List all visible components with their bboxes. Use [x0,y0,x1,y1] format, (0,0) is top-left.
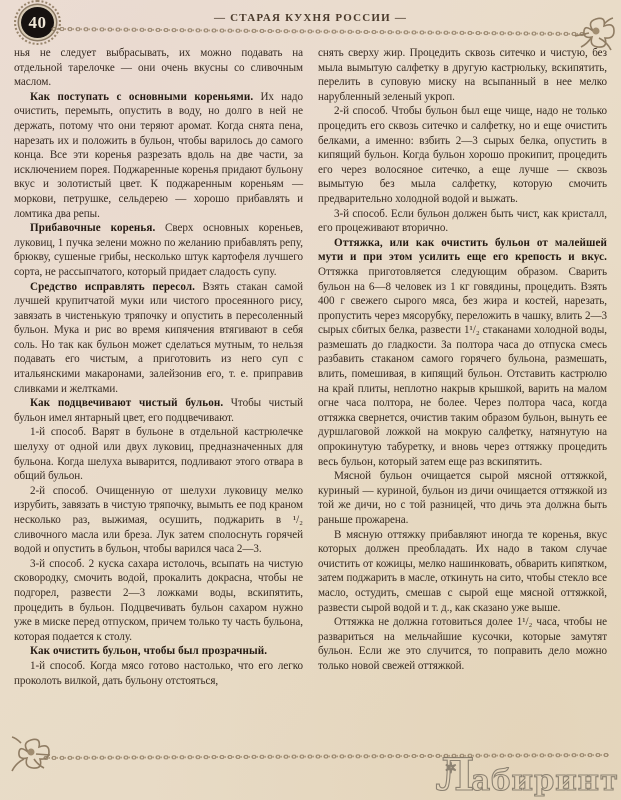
paragraph: 2-й способ. Очищенную от шелухи луковицу… [14,484,303,557]
left-column: нья не следует выбрасывать, их можно под… [14,46,303,688]
paragraph: Средство исправлять пересол. Взять стака… [14,280,303,397]
book-page: 40 — СТАРАЯ КУХНЯ РОССИИ — нья не следуе… [0,0,621,800]
page-title: — СТАРАЯ КУХНЯ РОССИИ — [0,12,621,24]
paragraph: Оттяжка, или как очистить бульон от мале… [318,236,607,470]
labirint-watermark: ✶Лабиринт [435,750,619,796]
header-chain-border [50,24,587,38]
paragraph: нья не следует выбрасывать, их можно под… [14,46,303,90]
paragraph-heading: Как подцвечивают чистый бульон. [30,397,223,409]
paragraph: 2-й способ. Чтобы бульон был еще чище, н… [318,104,607,206]
paragraph: Оттяжка не должна готовиться долее 1¹/₂ … [318,615,607,673]
paragraph: Мясной бульон очищается сырой мясной отт… [318,469,607,527]
paragraph-heading: Как очистить бульон, чтобы был прозрачны… [30,645,267,657]
star-icon: ✶ [444,748,457,788]
paragraph: Как очистить бульон, чтобы был прозрачны… [14,644,303,659]
paragraph: 3-й способ. 2 куска сахара истолочь, всы… [14,557,303,645]
paragraph: В мясную оттяжку прибавляют иногда те ко… [318,528,607,616]
paragraph-heading: Средство исправлять пересол. [30,281,195,293]
paragraph: 1-й способ. Когда мясо готово настолько,… [14,659,303,688]
paragraph: снять сверху жир. Процедить сквозь ситеч… [318,46,607,104]
paragraph-heading: Оттяжка, или как очистить бульон от мале… [318,237,607,264]
paragraph: 3-й способ. Если бульон должен быть чист… [318,207,607,236]
paragraph: Прибавочные коренья. Сверх основных коре… [14,221,303,279]
page-body: нья не следует выбрасывать, их можно под… [14,46,607,688]
watermark-text: абиринт [471,764,619,796]
paragraph: 1-й способ. Варят в бульоне в отдельной … [14,425,303,483]
paragraph: Как подцвечивают чистый бульон. Чтобы чи… [14,396,303,425]
paragraph-heading: Прибавочные коренья. [30,222,155,234]
watermark-initial: ✶Л [435,756,474,796]
paragraph-heading: Как поступать с основными кореньями. [30,91,253,103]
paragraph: Как поступать с основными кореньями. Их … [14,90,303,221]
right-column: снять сверху жир. Процедить сквозь ситеч… [318,46,607,688]
